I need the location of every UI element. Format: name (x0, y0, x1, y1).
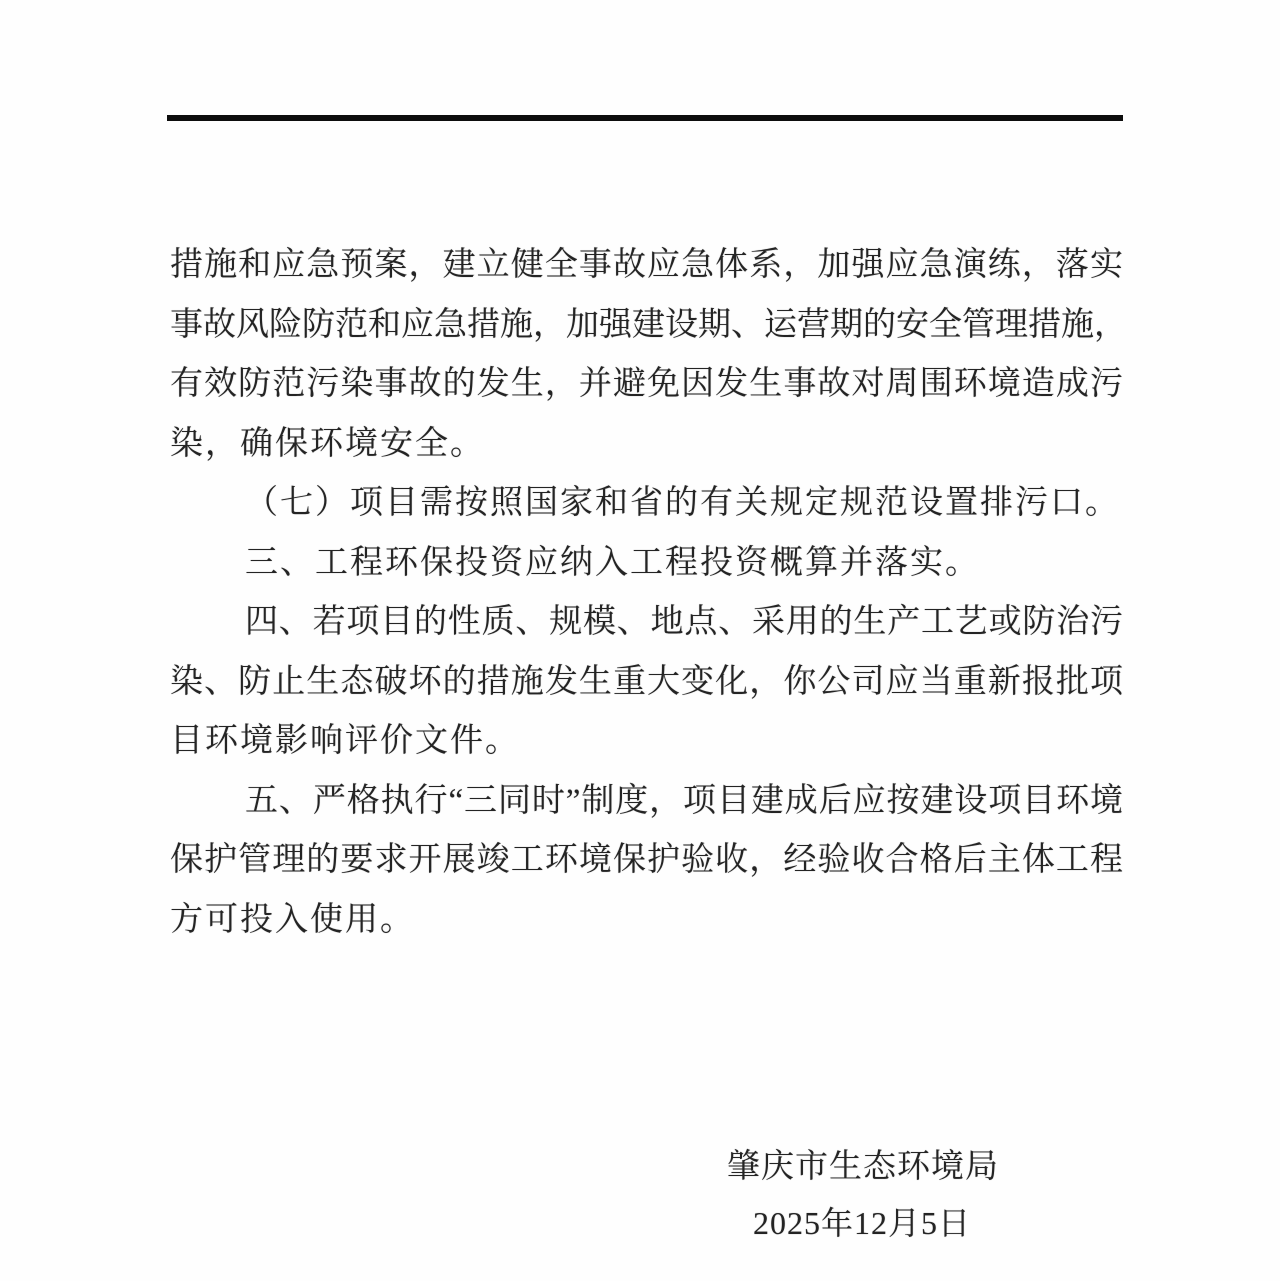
body-line: 目环境影响评价文件。 (170, 712, 1123, 772)
body-line: 方可投入使用。 (170, 891, 1123, 951)
body-line: 染，确保环境安全。 (170, 415, 1123, 475)
body-line: （七）项目需按照国家和省的有关规定规范设置排污口。 (170, 474, 1123, 534)
issue-date: 2025年12月5日 (727, 1193, 997, 1253)
document-body: 措施和应急预案，建立健全事故应急体系，加强应急演练，落实 事故风险防范和应急措施… (170, 236, 1123, 950)
header-divider-rule (167, 115, 1123, 121)
body-line: 事故风险防范和应急措施，加强建设期、运营期的安全管理措施， (170, 296, 1123, 356)
document-page: 措施和应急预案，建立健全事故应急体系，加强应急演练，落实 事故风险防范和应急措施… (0, 0, 1280, 1281)
issuer-signature: 肇庆市生态环境局 (727, 1137, 997, 1197)
body-line: 染、防止生态破坏的措施发生重大变化，你公司应当重新报批项 (170, 653, 1123, 713)
body-line: 保护管理的要求开展竣工环境保护验收，经验收合格后主体工程 (170, 831, 1123, 891)
body-line: 四、若项目的性质、规模、地点、采用的生产工艺或防治污 (170, 593, 1123, 653)
body-line: 三、工程环保投资应纳入工程投资概算并落实。 (170, 534, 1123, 594)
body-line: 有效防范污染事故的发生，并避免因发生事故对周围环境造成污 (170, 355, 1123, 415)
body-line: 五、严格执行“三同时”制度，项目建成后应按建设项目环境 (170, 772, 1123, 832)
body-line: 措施和应急预案，建立健全事故应急体系，加强应急演练，落实 (170, 236, 1123, 296)
